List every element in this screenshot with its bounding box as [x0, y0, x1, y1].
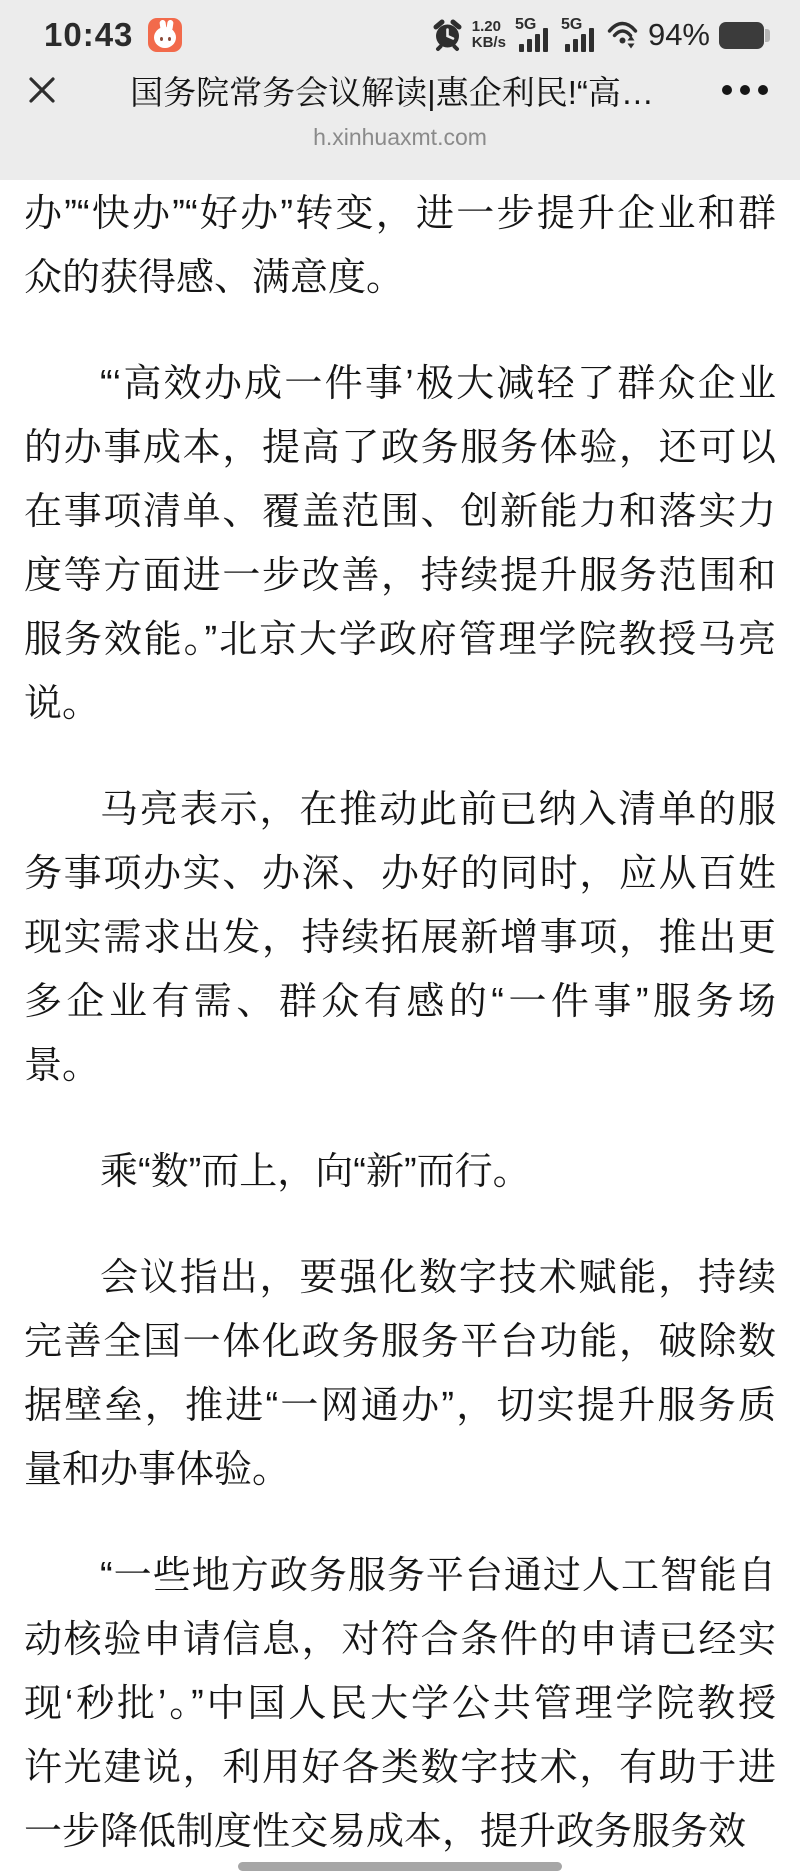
paragraph: 乘“数”而上，向“新”而行。: [24, 1140, 776, 1204]
close-icon: [24, 72, 60, 108]
text-line: 动核验申请信息，对符合条件的申请已经实: [24, 1608, 776, 1672]
text-line: 一步降低制度性交易成本，提升政务服务效: [24, 1800, 776, 1864]
paragraph: 马亮表示，在推动此前已纳入清单的服务事项办实、办深、办好的同时，应从百姓现实需求…: [24, 778, 776, 1098]
phone-screen: 10:43 1.20 KB/s: [0, 0, 800, 1876]
text-line: 现实需求出发，持续拓展新增事项，推出更: [24, 906, 776, 970]
article-body: 办”“快办”“好办”转变，进一步提升企业和群众的获得感、满意度。“‘高效办成一件…: [0, 180, 800, 1864]
text-line: 务事项办实、办深、办好的同时，应从百姓: [24, 842, 776, 906]
text-line: 据壁垒，推进“一网通办”，切实提升服务质: [24, 1374, 776, 1438]
notification-app-bunny-icon: [148, 18, 182, 52]
page-title: 国务院常务会议解读|惠企利民!“高…: [64, 67, 720, 114]
text-line: 说。: [24, 672, 776, 736]
text-line: 众的获得感、满意度。: [24, 246, 776, 310]
close-button[interactable]: [20, 68, 64, 112]
text-line: 现‘秒批’。”中国人民大学公共管理学院教授: [24, 1672, 776, 1736]
text-line: 度等方面进一步改善，持续提升服务范围和: [24, 544, 776, 608]
text-line: 景。: [24, 1034, 776, 1098]
text-line: 会议指出，要强化数字技术赋能，持续: [24, 1246, 776, 1310]
status-bar: 10:43 1.20 KB/s: [0, 0, 800, 56]
battery-percent: 94%: [648, 17, 710, 53]
text-line: 许光建说，利用好各类数字技术，有助于进: [24, 1736, 776, 1800]
text-line: 的办事成本，提高了政务服务体验，还可以: [24, 416, 776, 480]
text-line: 在事项清单、覆盖范围、创新能力和落实力: [24, 480, 776, 544]
text-line: 量和办事体验。: [24, 1438, 776, 1502]
paragraph: “‘高效办成一件事’极大减轻了群众企业的办事成本，提高了政务服务体验，还可以在事…: [24, 352, 776, 736]
wifi-icon: [607, 20, 639, 50]
sim2-signal: 5G: [561, 17, 598, 54]
network-speed-unit: KB/s: [472, 34, 506, 51]
text-line: 马亮表示，在推动此前已纳入清单的服: [24, 778, 776, 842]
paragraph: “一些地方政务服务平台通过人工智能自动核验申请信息，对符合条件的申请已经实现‘秒…: [24, 1544, 776, 1864]
paragraph: 会议指出，要强化数字技术赋能，持续完善全国一体化政务服务平台功能，破除数据壁垒，…: [24, 1246, 776, 1502]
text-line: 完善全国一体化政务服务平台功能，破除数: [24, 1310, 776, 1374]
signal-bars-icon: [519, 28, 548, 52]
statusbar-and-browser-header: 10:43 1.20 KB/s: [0, 0, 800, 180]
ellipsis-icon: [722, 85, 732, 95]
page-url: h.xinhuaxmt.com: [0, 124, 800, 151]
text-line: 乘“数”而上，向“新”而行。: [24, 1140, 776, 1204]
more-menu-button[interactable]: [720, 79, 770, 101]
text-line: “‘高效办成一件事’极大减轻了群众企业: [24, 352, 776, 416]
battery-icon: [719, 22, 770, 49]
text-line: “一些地方政务服务平台通过人工智能自: [24, 1544, 776, 1608]
text-line: 办”“快办”“好办”转变，进一步提升企业和群: [24, 182, 776, 246]
text-line: 多企业有需、群众有感的“一件事”服务场: [24, 970, 776, 1034]
scrollbar-thumb[interactable]: [238, 1862, 562, 1871]
text-line: 服务效能。”北京大学政府管理学院教授马亮: [24, 608, 776, 672]
browser-title-bar: 国务院常务会议解读|惠企利民!“高…: [0, 58, 800, 122]
clock-time: 10:43: [44, 16, 133, 54]
paragraph: 办”“快办”“好办”转变，进一步提升企业和群众的获得感、满意度。: [24, 182, 776, 310]
signal-bars-icon: [565, 28, 594, 52]
network-speed-value: 1.20: [472, 18, 501, 35]
network-speed: 1.20 KB/s: [472, 19, 506, 51]
sim1-signal: 5G: [515, 17, 552, 54]
alarm-clock-icon: [432, 19, 463, 52]
status-icons: 1.20 KB/s 5G 5G: [432, 17, 770, 54]
